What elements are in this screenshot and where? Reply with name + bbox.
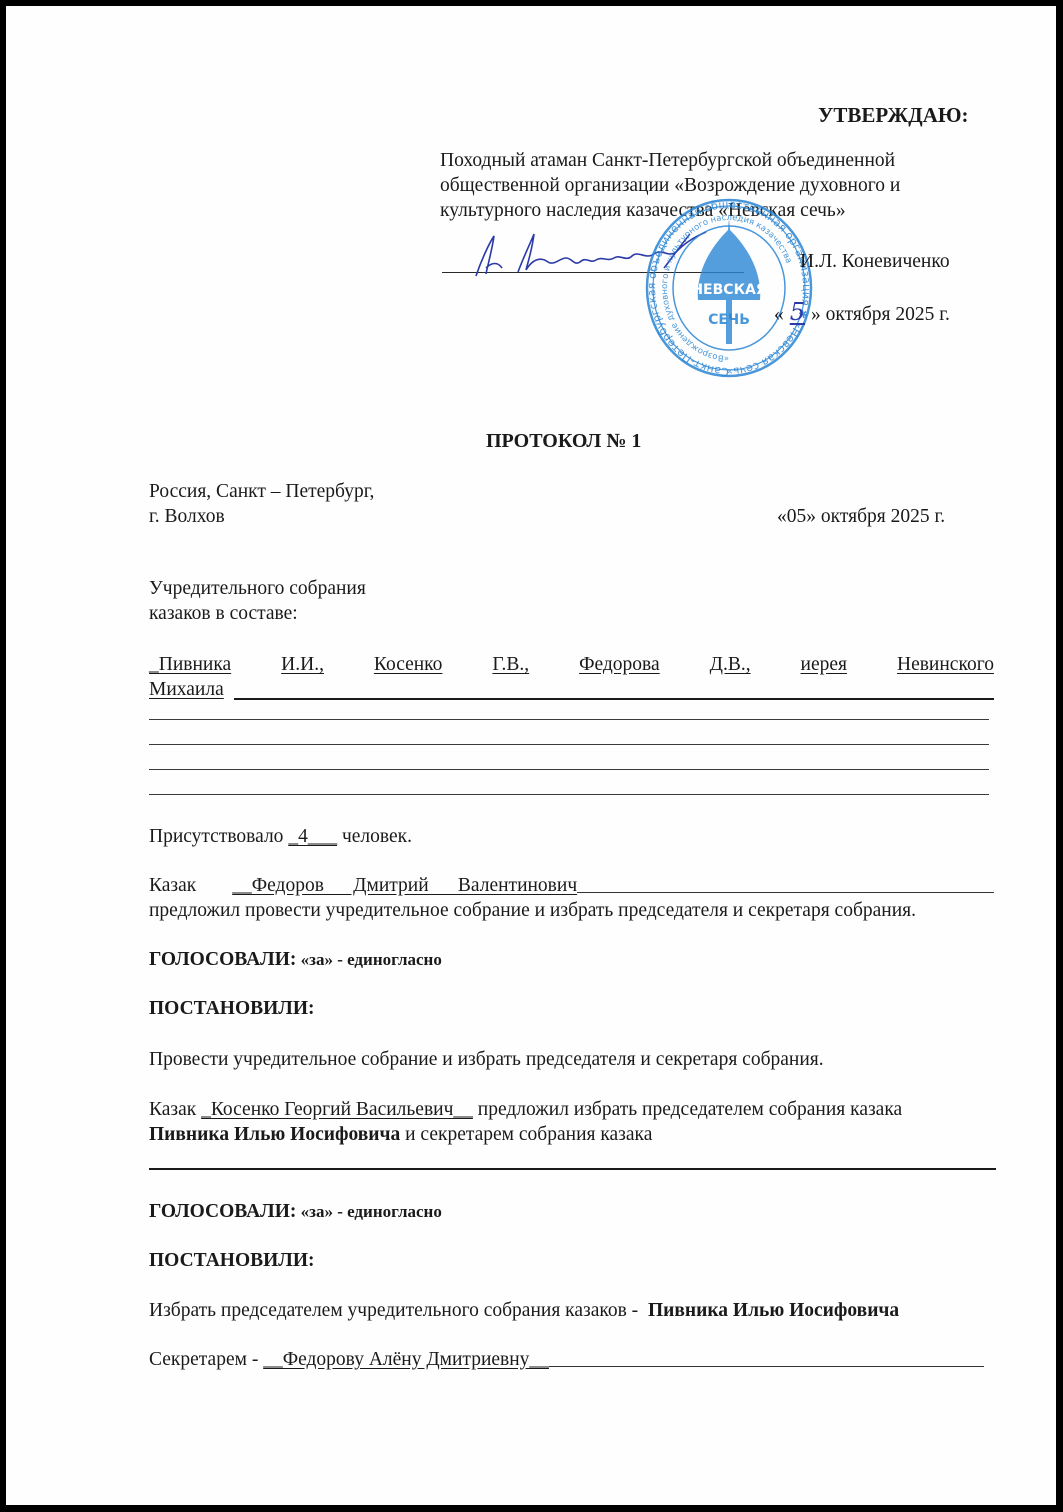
approval-signer: И.Л. Коневиченко	[800, 250, 950, 274]
svg-text:НЕВСКАЯ: НЕВСКАЯ	[691, 282, 766, 298]
secretary-name: __Федорову Алёну Дмитриевну__	[263, 1348, 549, 1372]
vote2-label: ГОЛОСОВАЛИ:	[149, 1201, 296, 1222]
approval-date: «5» октября 2025 г.	[774, 300, 950, 327]
members-line: _Пивника И.И., Косенко Г.В., Федорова Д.…	[149, 653, 994, 677]
resolved1-heading: ПОСТАНОВИЛИ:	[149, 997, 314, 1021]
present-line: Присутствовало _4___ человек.	[149, 825, 412, 849]
kazak2-proposal-cont: и секретарем собрания казака	[400, 1124, 652, 1145]
member-word: Г.В.,	[492, 653, 529, 677]
blank-line	[149, 719, 989, 720]
kazak1-proposal: предложил провести учредительное собрани…	[149, 899, 916, 923]
vote2-value: «за» - единогласно	[296, 1202, 442, 1221]
resolved1-text: Провести учредительное собрание и избрат…	[149, 1048, 824, 1072]
vote1-label: ГОЛОСОВАЛИ:	[149, 949, 296, 970]
svg-text:СЕЧЬ: СЕЧЬ	[708, 312, 750, 328]
approval-position-line: Походный атаман Санкт-Петербургской объе…	[440, 149, 895, 173]
secretary-candidate-line	[149, 1168, 996, 1170]
kazak2-line: Казак _Косенко Георгий Васильевич__ пред…	[149, 1098, 902, 1122]
member-word: иерея	[801, 653, 847, 677]
member-word: _Пивника	[149, 653, 231, 677]
approval-position-line: общественной организации «Возрождение ду…	[440, 174, 900, 198]
stamp-icon: Санкт-Петербургская объединенная обществ…	[644, 196, 814, 381]
resolved2-heading: ПОСТАНОВИЛИ:	[149, 1249, 314, 1273]
kazak2-name: _Косенко Георгий Васильевич__	[201, 1099, 473, 1120]
kazak1-label: Казак	[149, 874, 196, 898]
date-quote-open: «	[774, 304, 784, 325]
approval-heading: УТВЕРЖДАЮ:	[818, 103, 969, 127]
member-word: И.И.,	[281, 653, 324, 677]
secretary-line: Секретарем - __Федорову Алёну Дмитриевну…	[149, 1348, 984, 1372]
kazak2-proposal: предложил избрать председателем собрания…	[473, 1099, 902, 1120]
vote1-value: «за» - единогласно	[296, 950, 442, 969]
kazak2-label: Казак	[149, 1099, 201, 1120]
kazak1-line: Казак __Федоров Дмитрий Валентинович	[149, 874, 994, 898]
member-word: Невинского	[897, 653, 994, 677]
member-word: Косенко	[374, 653, 443, 677]
kazak1-fill-line	[577, 874, 994, 893]
kazak2-line2: Пивника Илью Иосифовича и секретарем соб…	[149, 1123, 652, 1147]
approval-date-day: 5	[784, 298, 811, 326]
assembly-label: казаков в составе:	[149, 602, 298, 626]
resolved2-text: Избрать председателем учредительного соб…	[149, 1300, 648, 1321]
member-word: Д.В.,	[710, 653, 751, 677]
present-label: Присутствовало	[149, 826, 288, 847]
present-suffix: человек.	[337, 826, 412, 847]
secretary-label: Секретарем -	[149, 1348, 263, 1372]
vote2: ГОЛОСОВАЛИ: «за» - единогласно	[149, 1200, 442, 1224]
chairman-candidate: Пивника Илью Иосифовича	[149, 1124, 400, 1145]
document-page: УТВЕРЖДАЮ: Походный атаман Санкт-Петербу…	[6, 6, 1056, 1505]
present-count: _4___	[288, 826, 337, 847]
member-word: Федорова	[579, 653, 660, 677]
approval-date-rest: » октября 2025 г.	[811, 304, 950, 325]
kazak1-name: __Федоров Дмитрий Валентинович	[232, 874, 577, 898]
assembly-label: Учредительного собрания	[149, 577, 366, 601]
resolved2-line: Избрать председателем учредительного соб…	[149, 1299, 899, 1323]
blank-line	[149, 744, 989, 745]
place-line: Россия, Санкт – Петербург,	[149, 480, 374, 504]
place-line: г. Волхов	[149, 505, 225, 529]
blank-line	[149, 794, 989, 795]
vote1: ГОЛОСОВАЛИ: «за» - единогласно	[149, 948, 442, 972]
members-fill-line	[234, 698, 994, 700]
members-continuation: Михаила	[149, 678, 224, 702]
secretary-fill-line	[549, 1348, 984, 1367]
protocol-date: «05» октября 2025 г.	[777, 505, 945, 529]
elected-chairman: Пивника Илью Иосифовича	[648, 1300, 899, 1321]
protocol-title: ПРОТОКОЛ № 1	[486, 429, 641, 453]
blank-line	[149, 769, 989, 770]
